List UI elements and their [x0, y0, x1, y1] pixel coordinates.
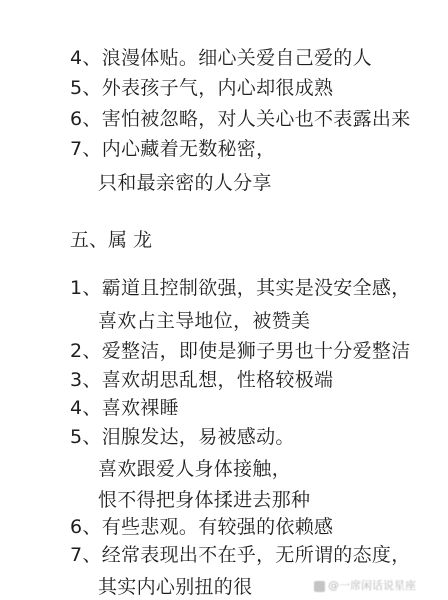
- list-item: 5、泪腺发达，易被感动。: [70, 425, 295, 449]
- item-text: 霸道且控制欲强，其实是没安全感，: [102, 277, 411, 299]
- list-item: 3、喜欢胡思乱想，性格较极端: [70, 368, 333, 392]
- item-continuation: 只和最亲密的人分享: [98, 171, 272, 195]
- item-text: 有些悲观。有较强的依赖感: [102, 516, 334, 538]
- item-number: 7、: [70, 138, 102, 160]
- list-item: 7、内心藏着无数秘密，: [70, 137, 275, 161]
- item-text: 浪漫体贴。细心关爱自己爱的人: [102, 47, 372, 69]
- item-number: 7、: [70, 544, 102, 566]
- item-text: 泪腺发达，易被感动。: [102, 426, 295, 448]
- list-item: 7、经常表现出不在乎，无所谓的态度，: [70, 543, 411, 567]
- item-text: 害怕被忽略，对人关心也不表露出来: [102, 108, 411, 130]
- list-item: 5、外表孩子气，内心却很成熟: [70, 76, 333, 100]
- item-text: 爱整洁，即使是狮子男也十分爱整洁: [102, 340, 411, 362]
- item-number: 6、: [70, 516, 102, 538]
- list-item: 2、爱整洁，即使是狮子男也十分爱整洁: [70, 339, 411, 363]
- section-heading: 五、属 龙: [70, 228, 152, 252]
- watermark-text: @一席闲话说星座: [328, 579, 416, 592]
- item-continuation: 其实内心别扭的很: [98, 575, 252, 599]
- list-item: 6、害怕被忽略，对人关心也不表露出来: [70, 107, 411, 131]
- list-item: 4、喜欢裸睡: [70, 396, 179, 420]
- item-number: 6、: [70, 108, 102, 130]
- item-text: 喜欢裸睡: [102, 397, 179, 419]
- item-text: 经常表现出不在乎，无所谓的态度，: [102, 544, 411, 566]
- item-continuation: 恨不得把身体揉进去那种: [98, 488, 310, 512]
- item-number: 4、: [70, 397, 102, 419]
- list-item: 4、浪漫体贴。细心关爱自己爱的人: [70, 46, 372, 70]
- item-continuation: 喜欢占主导地位，被赞美: [98, 309, 310, 333]
- item-number: 5、: [70, 77, 102, 99]
- list-item: 1、霸道且控制欲强，其实是没安全感，: [70, 276, 411, 300]
- item-continuation: 喜欢跟爱人身体接触，: [98, 457, 291, 481]
- item-text: 外表孩子气，内心却很成熟: [102, 77, 334, 99]
- item-number: 3、: [70, 369, 102, 391]
- watermark: @一席闲话说星座: [314, 577, 416, 593]
- list-item: 6、有些悲观。有较强的依赖感: [70, 515, 333, 539]
- item-number: 1、: [70, 277, 102, 299]
- item-number: 5、: [70, 426, 102, 448]
- item-number: 2、: [70, 340, 102, 362]
- item-text: 喜欢胡思乱想，性格较极端: [102, 369, 334, 391]
- item-number: 4、: [70, 47, 102, 69]
- platform-logo-icon: [314, 581, 325, 592]
- item-text: 内心藏着无数秘密，: [102, 138, 276, 160]
